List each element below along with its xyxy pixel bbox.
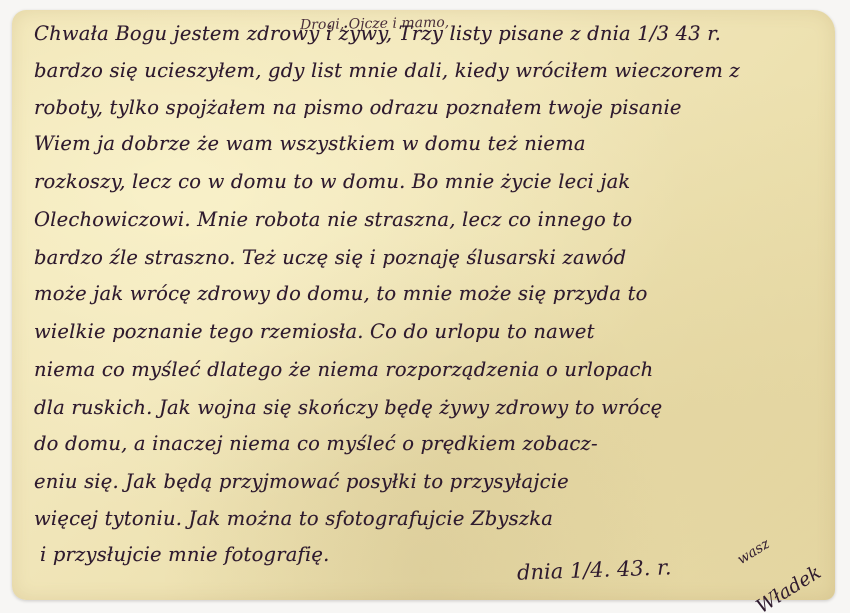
letter-line-11: dla ruskich. Jak wojna się skończy będę …	[34, 396, 662, 419]
handwritten-postcard: Drogi, Ojcze i mamo, Chwała Bogu jestem …	[12, 10, 835, 600]
letter-line-8: może jak wrócę zdrowy do domu, to mnie m…	[34, 282, 648, 305]
letter-line-3: roboty, tylko spojżałem na pismo odrazu …	[34, 96, 682, 119]
letter-line-2: bardzo się ucieszyłem, gdy list mnie dal…	[34, 59, 740, 82]
signature: Władek	[752, 561, 825, 613]
signature-prefix: wasz	[735, 536, 773, 568]
letter-line-14: więcej tytoniu. Jak można to sfotografuj…	[34, 507, 553, 530]
letter-line-12: do domu, a inaczej niema co myśleć o prę…	[34, 432, 598, 455]
letter-line-1: Chwała Bogu jestem zdrowy i żywy, Trzy l…	[34, 22, 721, 45]
letter-line-9: wielkie poznanie tego rzemiosła. Co do u…	[34, 320, 595, 343]
page: Drogi, Ojcze i mamo, Chwała Bogu jestem …	[0, 0, 850, 613]
letter-line-10: niema co myśleć dlatego że niema rozporz…	[34, 358, 653, 381]
letter-line-7: bardzo źle straszno. Też uczę się i pozn…	[34, 246, 626, 269]
letter-line-15: i przysłujcie mnie fotografię.	[40, 543, 330, 566]
closing-date: dnia 1/4. 43. r.	[517, 555, 672, 584]
letter-line-4: Wiem ja dobrze że wam wszystkiem w domu …	[34, 132, 586, 155]
letter-line-13: eniu się. Jak będą przyjmować posyłki to…	[34, 470, 569, 493]
letter-line-5: rozkoszy, lecz co w domu to w domu. Bo m…	[34, 170, 630, 193]
letter-line-6: Olechowiczowi. Mnie robota nie straszna,…	[34, 208, 632, 231]
